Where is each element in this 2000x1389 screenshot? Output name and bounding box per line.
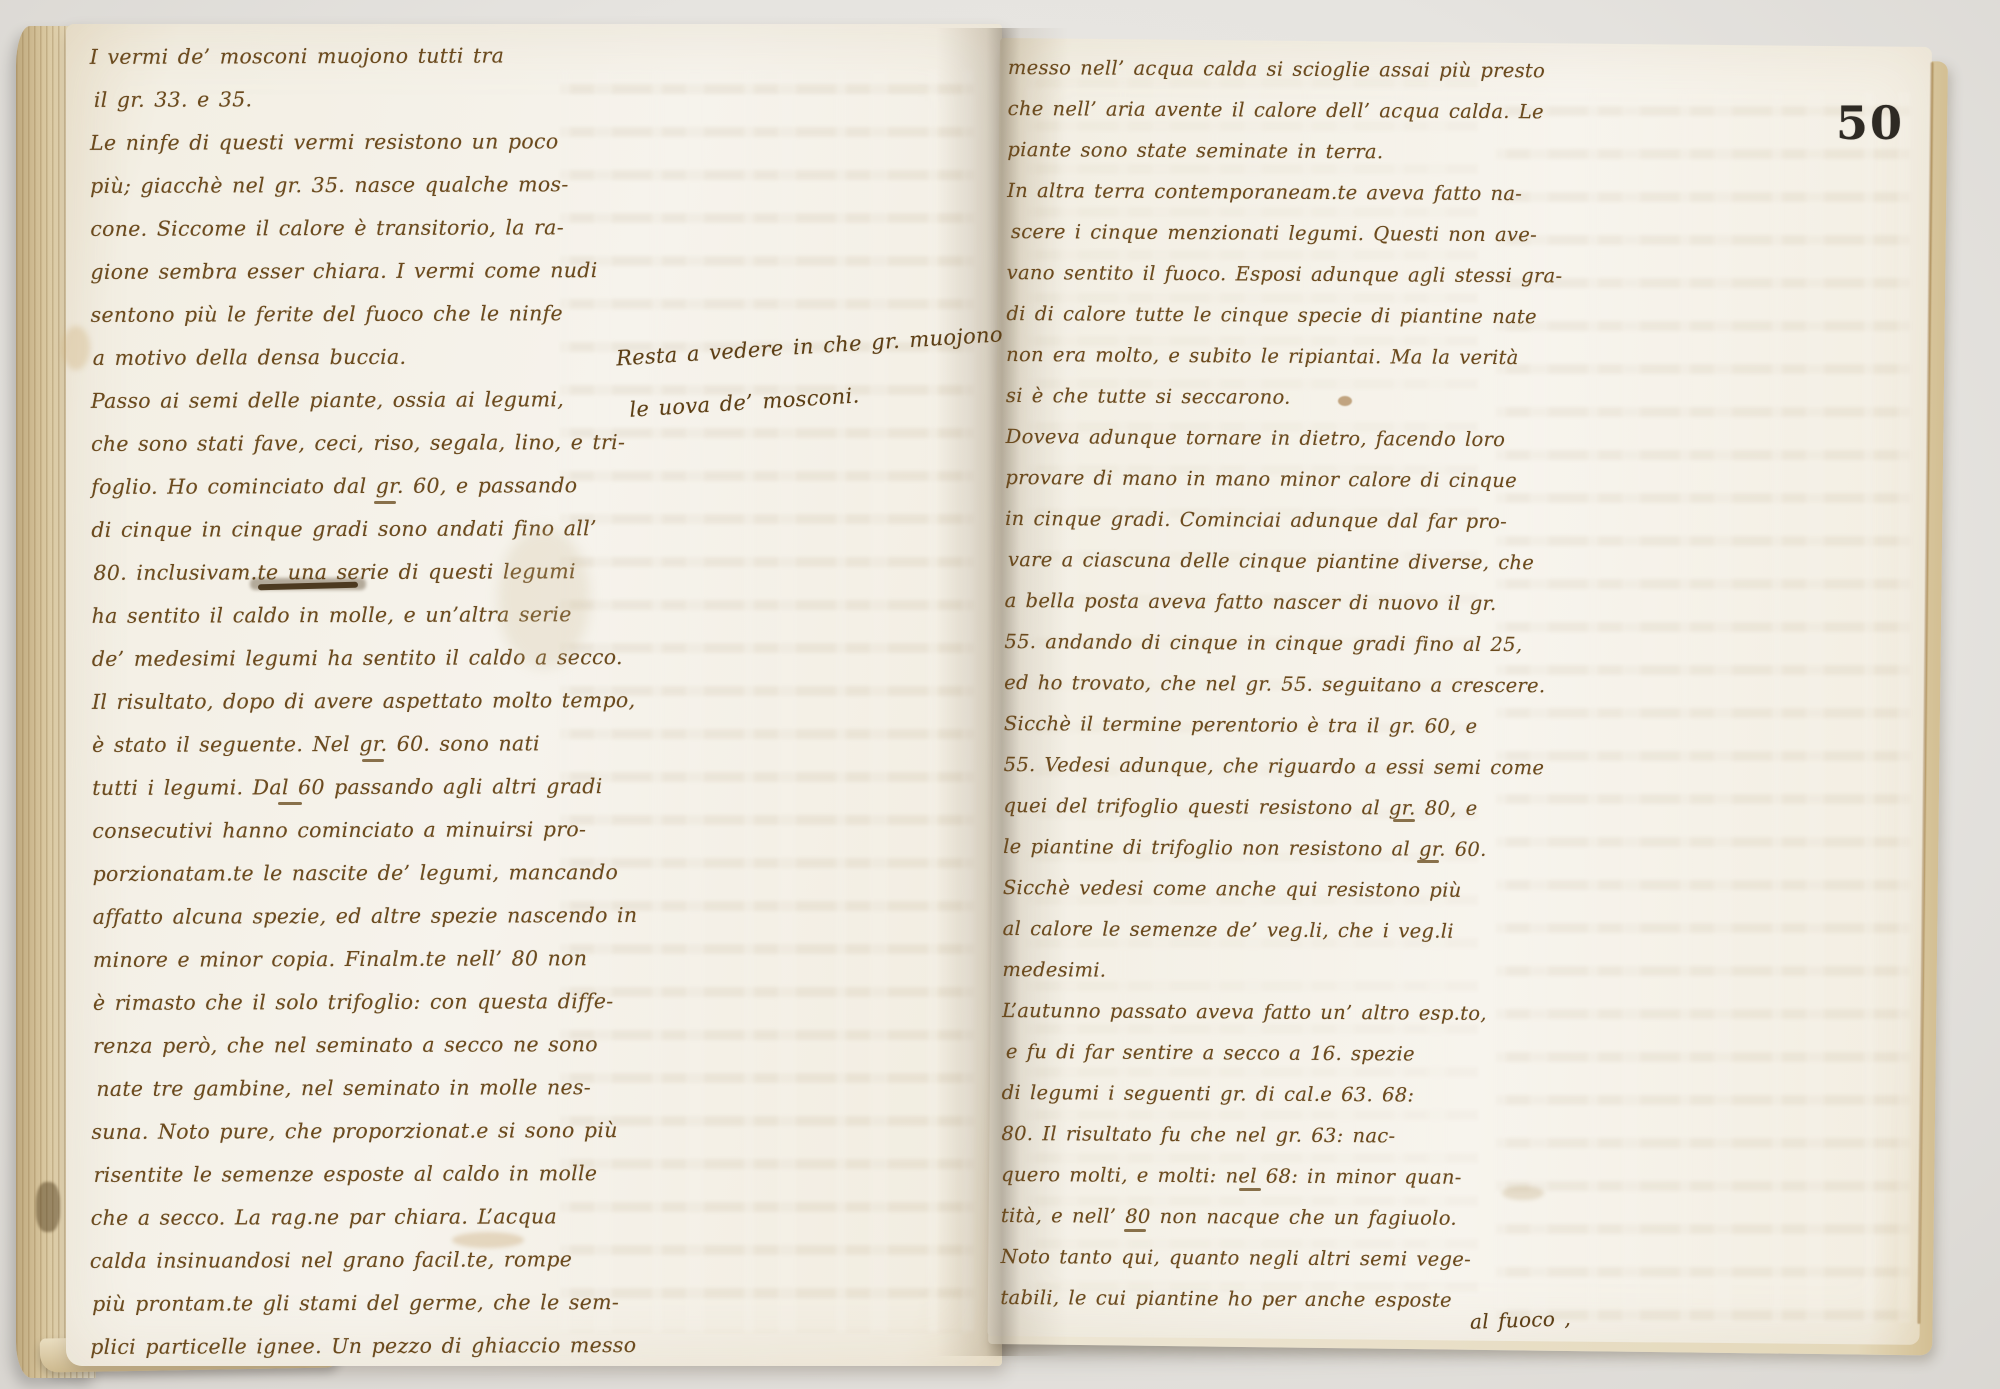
page-number: 50	[1836, 96, 1904, 150]
manuscript-line: porzionatam.te le nascite de’ legumi, ma…	[93, 860, 619, 886]
manuscript-line: quei del trifoglio questi resistono al g…	[1003, 794, 1477, 820]
manuscript-line: tabili, le cui piantine ho per anche esp…	[1000, 1286, 1452, 1312]
manuscript-line: risentite le semenze esposte al caldo in…	[94, 1161, 598, 1187]
manuscript-line: scere i cinque menzionati legumi. Questi…	[1011, 220, 1537, 246]
manuscript-line: più prontam.te gli stami del germe, che …	[92, 1290, 619, 1316]
manuscript-line: calda insinuandosi nel grano facil.te, r…	[90, 1247, 572, 1273]
manuscript-line: I vermi de’ mosconi muojono tutti tra	[90, 43, 505, 68]
number-underline	[278, 802, 302, 805]
number-underline	[362, 759, 384, 762]
manuscript-line: suna. Noto pure, che proporzionat.e si s…	[91, 1118, 617, 1144]
manuscript-line: ha sentito il caldo in molle, e un’altra…	[92, 602, 572, 628]
manuscript-line: al calore le semenze de’ veg.li, che i v…	[1003, 917, 1454, 943]
manuscript-line: medesimi.	[1002, 958, 1106, 982]
manuscript-line: messo nell’ acqua calda si scioglie assa…	[1008, 56, 1545, 82]
manuscript-line: renza però, che nel seminato a secco ne …	[93, 1032, 598, 1058]
manuscript-line: di cinque in cinque gradi sono andati fi…	[91, 516, 596, 542]
manuscript-line: Doveva adunque tornare in dietro, facend…	[1006, 425, 1506, 451]
manuscript-line: a bella posta aveva fatto nascer di nuov…	[1005, 589, 1497, 615]
manuscript-line: piante sono state seminate in terra.	[1007, 138, 1383, 163]
manuscript-line: a motivo della densa buccia.	[93, 345, 407, 370]
manuscript-line: Noto tanto qui, quanto negli altri semi …	[1001, 1245, 1472, 1271]
manuscript-line: le piantine di trifoglio non resistono a…	[1003, 835, 1487, 861]
manuscript-line: tutti i legumi. Dal 60 passando agli alt…	[92, 774, 602, 800]
manuscript-line: Le ninfe di questi vermi resistono un po…	[90, 129, 559, 155]
manuscript-line: ed ho trovato, che nel gr. 55. seguitano…	[1004, 671, 1545, 697]
manuscript-line: non era molto, e subito le ripiantai. Ma…	[1006, 343, 1519, 369]
manuscript-line: affatto alcuna spezie, ed altre spezie n…	[93, 903, 638, 929]
manuscript-line: che a secco. La rag.ne par chiara. L’acq…	[91, 1204, 557, 1230]
manuscript-line: di legumi i seguenti gr. di cal.e 63. 68…	[1002, 1081, 1415, 1107]
manuscript-line: 55. andando di cinque in cinque gradi fi…	[1004, 630, 1522, 656]
manuscript-line: è stato il seguente. Nel gr. 60. sono na…	[92, 731, 540, 757]
manuscript-line: è rimasto che il solo trifoglio: con que…	[93, 989, 614, 1015]
manuscript-line: de’ medesimi legumi ha sentito il caldo …	[92, 645, 623, 671]
manuscript-line: che nell’ aria avente il calore dell’ ac…	[1008, 97, 1544, 123]
manuscript-line: 80. Il risultato fu che nel gr. 63: nac-	[1001, 1122, 1395, 1147]
right-page-text-block: messo nell’ acqua calda si scioglie assa…	[1000, 56, 1508, 1359]
left-page-text-block: I vermi de’ mosconi muojono tutti tra il…	[90, 43, 615, 1385]
manuscript-line: cone. Siccome il calore è transitorio, l…	[90, 215, 564, 241]
catchword: al fuoco ,	[1470, 1306, 1572, 1334]
manuscript-line: provare di mano in mano minor calore di …	[1005, 466, 1517, 492]
manuscript-line: Sicchè il termine perentorio è tra il gr…	[1004, 712, 1478, 738]
manuscript-line: nate tre gambine, nel seminato in molle …	[96, 1075, 591, 1101]
manuscript-line: minore e minor copia. Finalm.te nell’ 80…	[93, 946, 587, 972]
manuscript-line: tità, e nell’ 80 non nacque che un fagiu…	[1001, 1204, 1457, 1230]
manuscript-line: sentono più le ferite del fuoco che le n…	[91, 301, 563, 327]
manuscript-line: che sono stati fave, ceci, riso, segala,…	[91, 430, 625, 456]
manuscript-line: plici particelle ignee. Un pezzo di ghia…	[90, 1333, 636, 1359]
manuscript-line: e fu di far sentire a secco a 16. spezie	[1006, 1040, 1415, 1065]
manuscript-line: in cinque gradi. Cominciai adunque dal f…	[1005, 507, 1507, 533]
manuscript-line: il gr. 33. e 35.	[94, 87, 253, 112]
manuscript-line: vare a ciascuna delle cinque piantine di…	[1008, 548, 1534, 574]
manuscript-line: più; giacchè nel gr. 35. nasce qualche m…	[90, 172, 568, 198]
manuscript-line: 55. Vedesi adunque, che riguardo a essi …	[1004, 753, 1545, 779]
manuscript-line: si è che tutte si seccarono.	[1006, 384, 1291, 409]
manuscript-line: di di calore tutte le cinque specie di p…	[1006, 302, 1537, 328]
manuscript-line: quero molti, e molti: nel 68: in minor q…	[1001, 1163, 1462, 1189]
manuscript-photo: 50 I vermi de’ mosconi muojono tutti tra…	[0, 0, 2000, 1389]
manuscript-line: Sicchè vedesi come anche qui resistono p…	[1003, 876, 1462, 902]
manuscript-line: vano sentito il fuoco. Esposi adunque ag…	[1007, 261, 1563, 287]
manuscript-line: Passo ai semi delle piante, ossia ai leg…	[91, 387, 564, 413]
manuscript-line: Il risultato, dopo di avere aspettato mo…	[92, 688, 636, 714]
number-underline	[374, 501, 396, 504]
manuscript-line: gione sembra esser chiara. I vermi come …	[90, 258, 597, 284]
manuscript-line: L’autunno passato aveva fatto un’ altro …	[1002, 999, 1487, 1025]
manuscript-line: In altra terra contemporaneam.te aveva f…	[1007, 179, 1522, 205]
manuscript-line: consecutivi hanno cominciato a minuirsi …	[92, 817, 586, 843]
manuscript-line: foglio. Ho cominciato dal gr. 60, e pass…	[91, 473, 577, 499]
